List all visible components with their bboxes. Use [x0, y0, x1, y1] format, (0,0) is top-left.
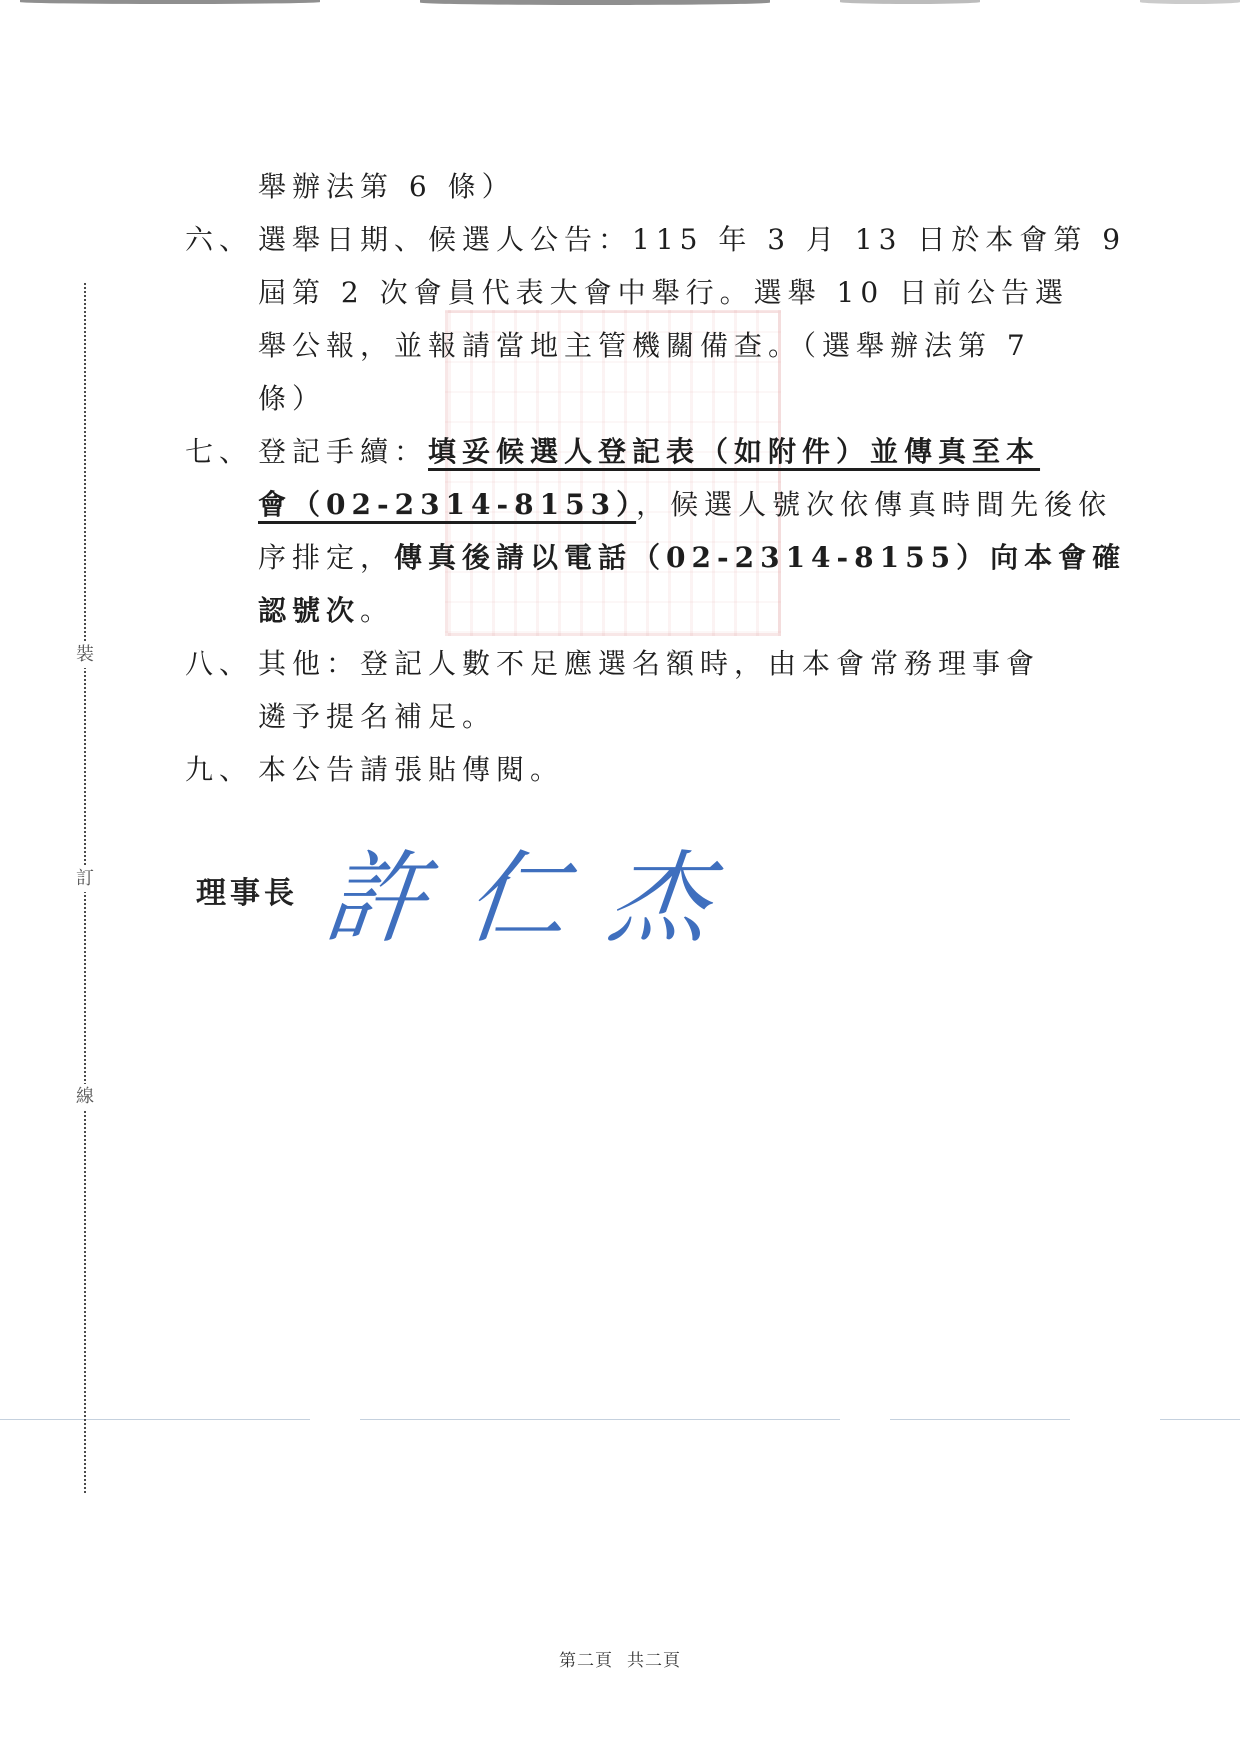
emphasized-text: 填妥候選人登記表（如附件）並傳真至本 — [428, 435, 1040, 468]
line-text: 其他：登記人數不足應選名額時，由本會常務理事會 — [258, 647, 1040, 680]
line-text: 舉公報，並報請當地主管機關備查。（選舉辦法第 7 — [258, 329, 1031, 362]
page-number: 第二頁 — [559, 1651, 613, 1671]
item-7: 七、登記手續：填妥候選人登記表（如附件）並傳真至本 會（02-2314-8153… — [185, 425, 1090, 637]
phone-instruction: 傳真後請以電話（02-2314-8155）向本會確 — [394, 541, 1126, 574]
line-text: 舉辦法第 6 條） — [258, 170, 516, 203]
line-text: 。 — [360, 594, 394, 627]
scan-fold-line — [890, 1419, 1070, 1420]
item-5-continuation: 舉辦法第 6 條） — [185, 160, 1090, 213]
scan-fold-line — [1160, 1419, 1240, 1420]
scan-fold-line — [360, 1419, 840, 1420]
line-text: 選舉日期、候選人公告：115 年 3 月 13 日於本會第 9 — [258, 223, 1126, 256]
binding-label-ding: 訂 — [72, 866, 98, 892]
item-marker: 七、 — [185, 425, 258, 478]
line-text: 條） — [258, 382, 326, 415]
line-text: 屆第 2 次會員代表大會中舉行。選舉 10 日前公告選 — [258, 276, 1069, 309]
emphasized-text: 認號次 — [258, 594, 360, 627]
item-9: 九、本公告請張貼傳閱。 — [185, 743, 1090, 796]
page-total: 共二頁 — [627, 1651, 681, 1671]
page-footer: 第二頁共二頁 — [0, 1646, 1240, 1671]
signatory-title: 理事長 — [196, 868, 298, 912]
line-text: ，候選人號次依傳真時間先後依 — [636, 488, 1112, 521]
item-marker: 六、 — [185, 213, 258, 266]
item-6: 六、選舉日期、候選人公告：115 年 3 月 13 日於本會第 9 屆第 2 次… — [185, 213, 1090, 425]
line-text: 遴予提名補足。 — [258, 700, 496, 733]
fax-number: 會（02-2314-8153） — [258, 488, 636, 521]
announcement-body: 舉辦法第 6 條） 六、選舉日期、候選人公告：115 年 3 月 13 日於本會… — [185, 160, 1090, 796]
item-8: 八、其他：登記人數不足應選名額時，由本會常務理事會 遴予提名補足。 — [185, 637, 1090, 743]
binding-label-zhuang: 裝 — [72, 642, 98, 668]
scan-artifact — [420, 0, 770, 5]
line-text: 本公告請張貼傳閱。 — [258, 753, 564, 786]
line-text: 登記手續： — [258, 435, 428, 468]
scan-artifact — [20, 0, 320, 4]
line-text: 序排定， — [258, 541, 394, 574]
scan-fold-line — [0, 1419, 310, 1420]
scan-artifact — [1140, 0, 1240, 4]
scan-artifact — [840, 0, 980, 4]
binding-label-xian: 線 — [72, 1084, 98, 1110]
handwritten-signature: 許仁杰 — [318, 818, 759, 962]
item-marker: 九、 — [185, 743, 258, 796]
signature-block: 理事長 許仁杰 — [196, 820, 752, 960]
item-marker: 八、 — [185, 637, 258, 690]
